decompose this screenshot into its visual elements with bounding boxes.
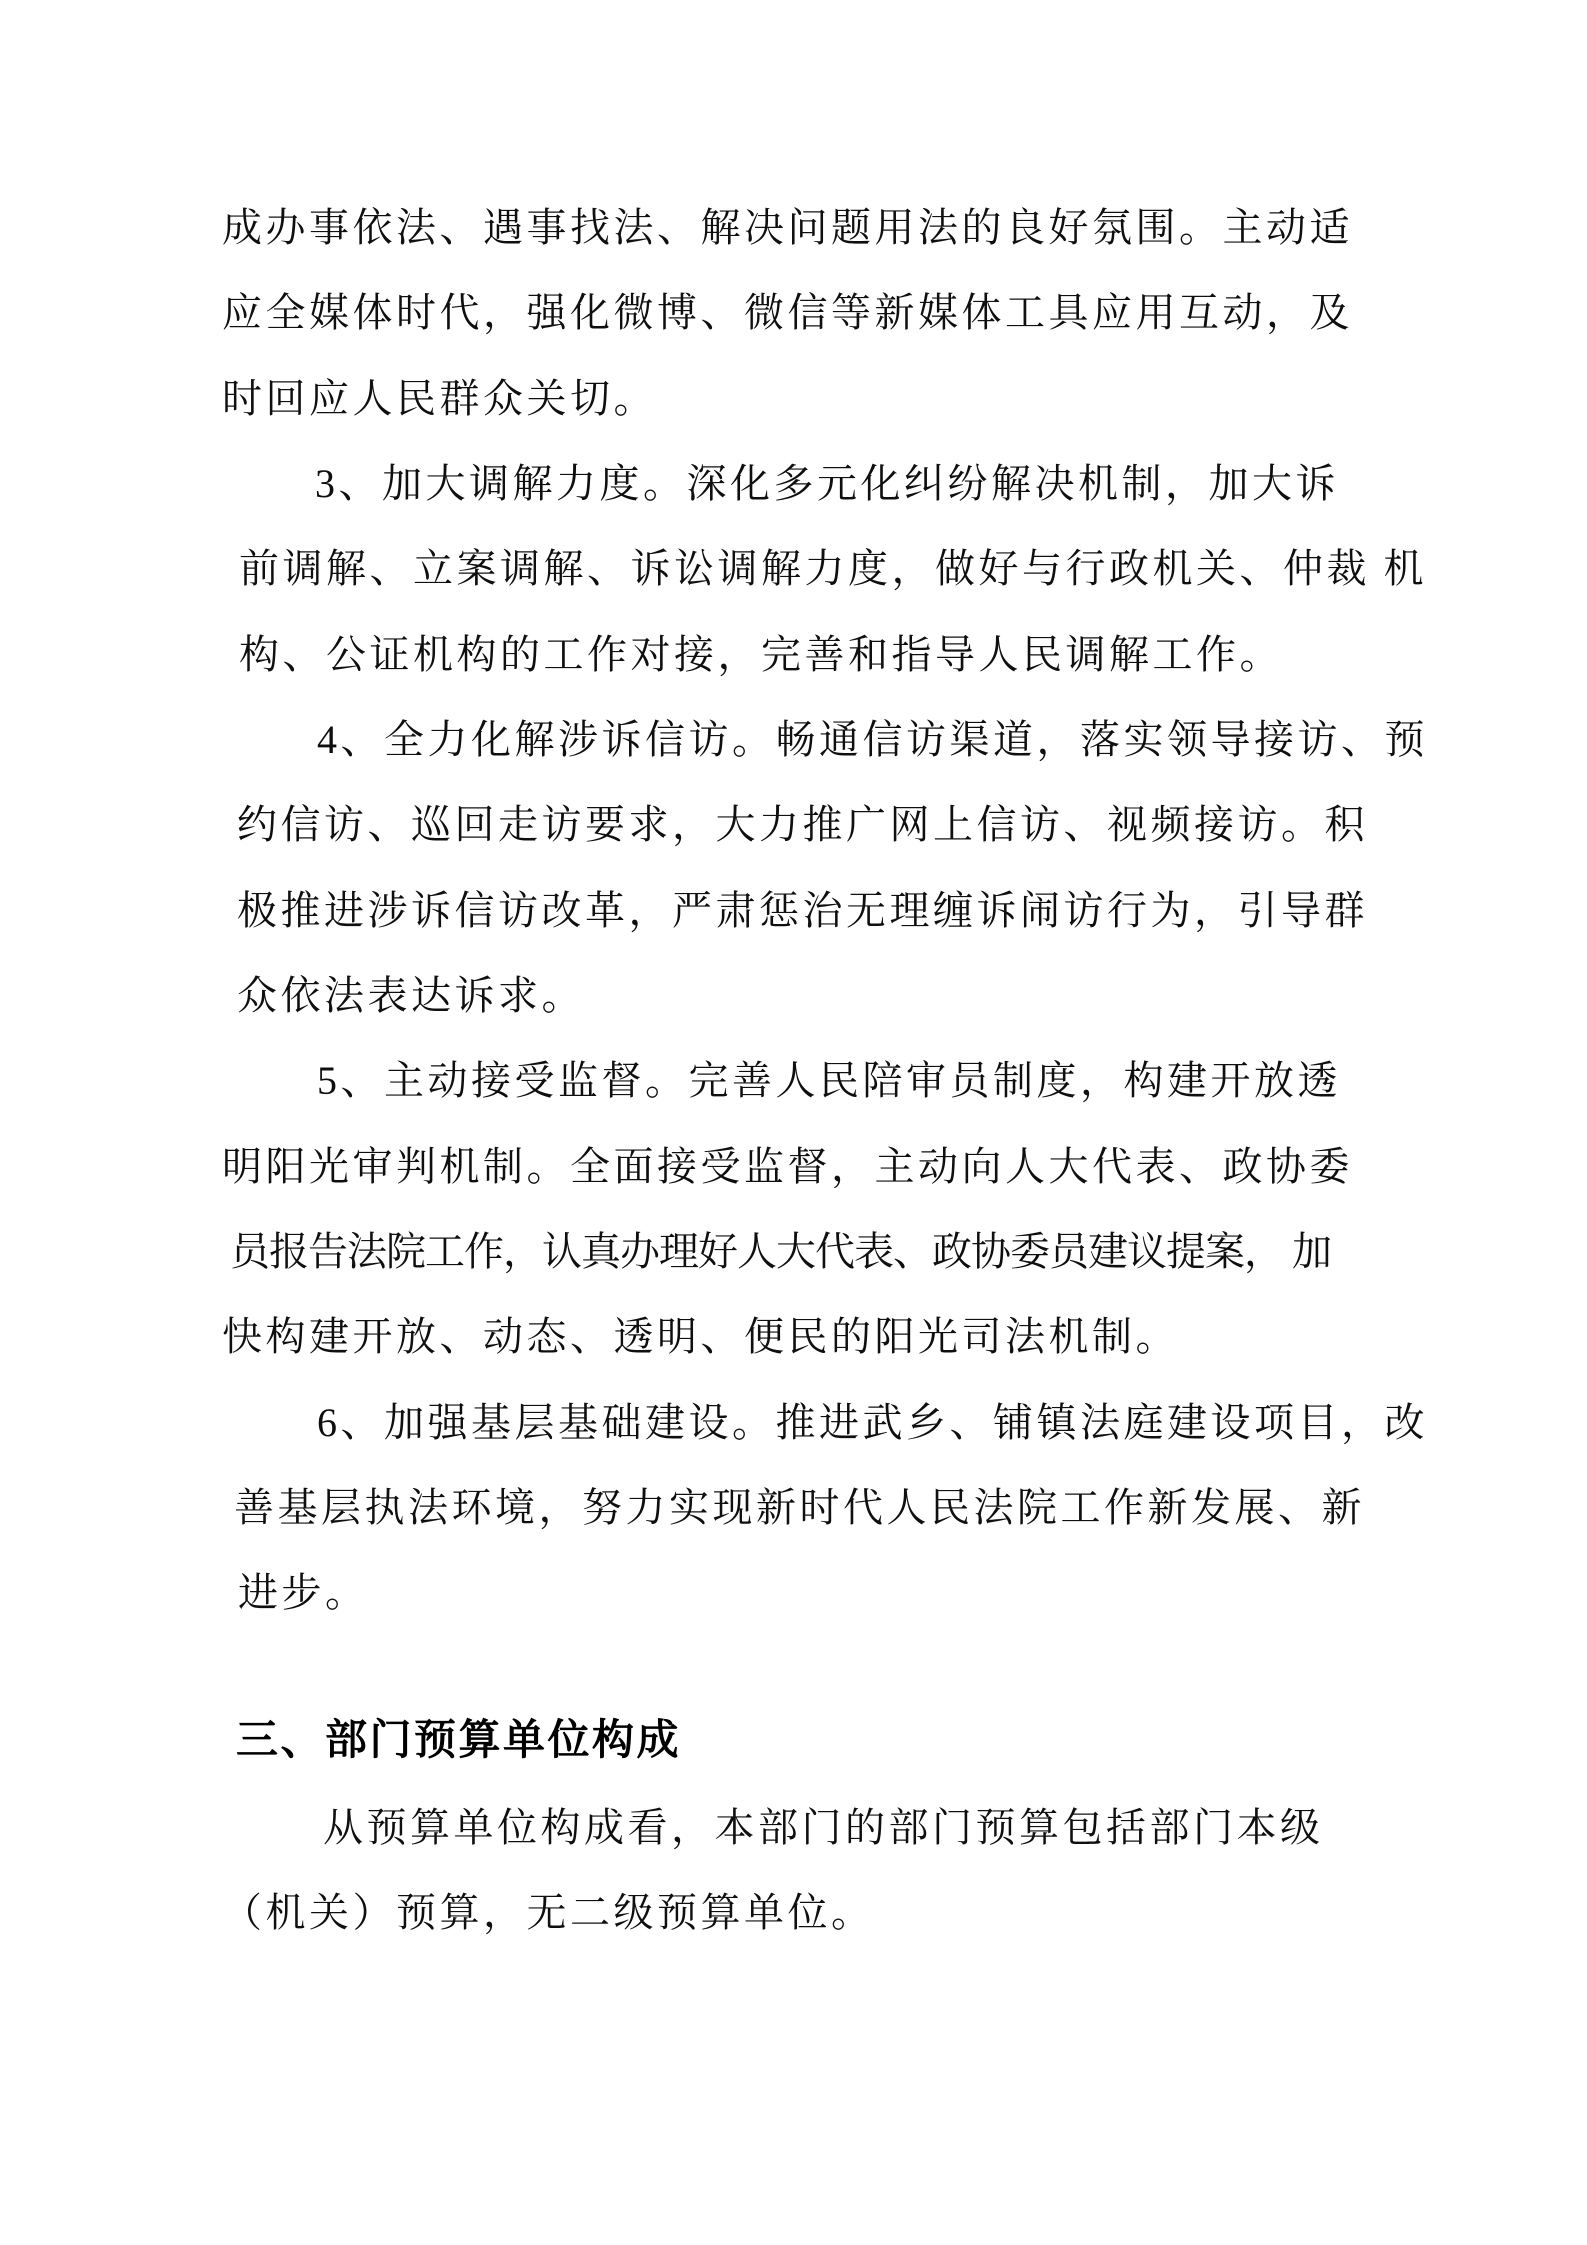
body-text-line: 时回应人民群众关切。 bbox=[222, 375, 657, 423]
body-text-line: 应全媒体时代，强化微博、微信等新媒体工具应用互动，及 bbox=[222, 289, 1353, 337]
section-heading: 三、部门预算单位构成 bbox=[236, 1716, 681, 1764]
body-text-line: 构、公证机构的工作对接，完善和指导人民调解工作。 bbox=[239, 631, 1283, 679]
body-text-line: 明阳光审判机制。全面接受监督，主动向人大代表、政协委 bbox=[222, 1143, 1353, 1191]
body-text-line: 众依法表达诉求。 bbox=[237, 972, 585, 1020]
body-text-line: 前调解、立案调解、诉讼调解力度，做好与行政机关、仲裁 机 bbox=[239, 545, 1427, 593]
body-text-line: 快构建开放、动态、透明、便民的阳光司法机制。 bbox=[222, 1313, 1179, 1361]
body-text-line: 4、全力化解涉诉信访。畅通信访渠道，落实领导接访、预 bbox=[317, 716, 1428, 764]
document-page: 成办事依法、遇事找法、解决问题用法的良好氛围。主动适 应全媒体时代，强化微博、微… bbox=[0, 0, 1587, 2245]
body-text-line: 3、加大调解力度。深化多元化纠纷解决机制，加大诉 bbox=[315, 460, 1339, 508]
body-text-line: 从预算单位构成看，本部门的部门预算包括部门本级 bbox=[323, 1804, 1324, 1852]
body-text-line: 成办事依法、遇事找法、解决问题用法的良好氛围。主动适 bbox=[222, 204, 1353, 252]
body-text-line: 善基层执法环境，努力实现新时代人民法院工作新发展、新 bbox=[234, 1484, 1365, 1532]
body-text-line: 约信访、巡回走访要求，大力推广网上信访、视频接访。积 bbox=[237, 801, 1368, 849]
body-text-line: 5、主动接受监督。完善人民陪审员制度，构建开放透 bbox=[317, 1057, 1341, 1105]
body-text-line: 员报告法院工作，认真办理好人大代表、政协委员建议提案， 加 bbox=[230, 1228, 1331, 1276]
body-text-line: 6、加强基层基础建设。推进武乡、铺镇法庭建设项目，改 bbox=[317, 1399, 1428, 1447]
body-text-line: （机关）预算，无二级预算单位。 bbox=[222, 1889, 875, 1937]
body-text-line: 极推进涉诉信访改革，严肃惩治无理缠诉闹访行为，引导群 bbox=[237, 887, 1368, 935]
body-text-line: 进步。 bbox=[238, 1569, 369, 1617]
